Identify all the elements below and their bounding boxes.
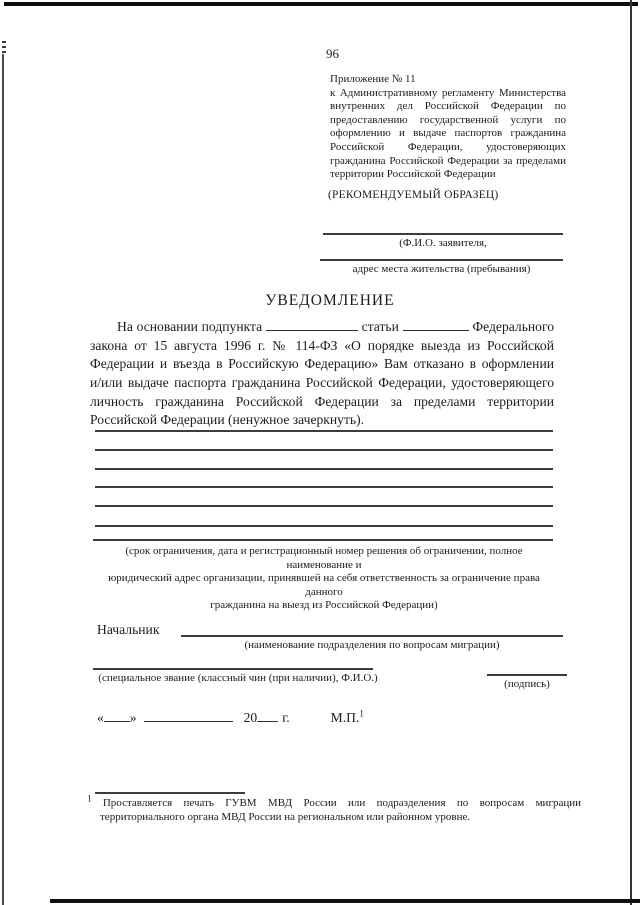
restriction-fill-line [95, 525, 553, 527]
scan-border-bottom [50, 899, 640, 903]
subparagraph-blank [266, 326, 358, 331]
body-line: На основании подпункта статьи Федерально… [90, 318, 554, 337]
rank-fio-caption: (специальное звание (классный чин (при н… [93, 672, 383, 685]
year-suffix: г. [282, 710, 289, 725]
scan-artifact [2, 41, 6, 43]
division-name-line [181, 635, 563, 637]
footnote-rule [95, 792, 245, 794]
body-line: и/или выдаче паспорта гражданина Российс… [90, 374, 554, 393]
appendix-line: гражданина Российской Федерации за преде… [330, 155, 566, 169]
date-day-blank [104, 717, 130, 722]
notification-body: На основании подпункта статьи Федерально… [90, 318, 554, 430]
restriction-note: (срок ограничения, дата и регистрационны… [95, 545, 553, 613]
body-line: закона от 15 августа 1996 г. № 114-ФЗ «О… [90, 337, 554, 356]
body-text: статьи [362, 319, 399, 334]
scan-border-top [4, 2, 638, 6]
open-quote: « [97, 710, 104, 725]
restriction-fill-line [93, 539, 553, 541]
appendix-line: Российской Федерации, удостоверяющих лич… [330, 141, 566, 155]
body-text: На основании подпункта [117, 319, 262, 334]
rank-fio-line [93, 668, 373, 670]
footnote: 1 Проставляется печать ГУВМ МВД России и… [87, 797, 581, 825]
appendix-line: предоставлению государственной услуги по [330, 114, 566, 128]
division-name-caption: (наименование подразделения по вопросам … [181, 639, 563, 652]
date-month-blank [144, 717, 233, 722]
scan-artifact [2, 46, 6, 48]
body-text: Федерального [472, 319, 554, 334]
notification-title: УВЕДОМЛЕНИЕ [95, 292, 565, 310]
scanned-document-page: 96 Приложение № 11 к Административному р… [0, 0, 640, 905]
applicant-address-caption: адрес места жительства (пребывания) [320, 263, 563, 276]
signature-line [487, 674, 567, 676]
applicant-name-caption: (Ф.И.О. заявителя, [323, 237, 563, 250]
footnote-ref: 1 [87, 793, 92, 803]
appendix-reference-block: Приложение № 11 к Административному регл… [330, 73, 566, 182]
body-line: личность гражданина Российской Федерации… [90, 393, 554, 412]
close-quote: » [130, 710, 137, 725]
signature-caption: (подпись) [477, 678, 577, 691]
footnote-body: Проставляется печать ГУВМ МВД России или… [100, 797, 581, 823]
restriction-fill-line [95, 449, 553, 451]
seal-mark: М.П.1 [331, 710, 364, 725]
article-blank [403, 326, 469, 331]
appendix-line: оформлению и выдаче паспортов гражданина [330, 127, 566, 141]
restriction-fill-line [95, 468, 553, 470]
appendix-line: территории Российской Федерации [330, 168, 566, 182]
applicant-address-line [320, 259, 563, 261]
scan-border-right [630, 0, 632, 905]
scan-border-left [2, 54, 4, 905]
year-prefix: 20 [244, 710, 258, 725]
body-line: Федерации и въезда в Российскую Федераци… [90, 355, 554, 374]
restriction-note-line: (срок ограничения, дата и регистрационны… [95, 545, 553, 572]
restriction-note-line: юридический адрес организации, принявшей… [95, 572, 553, 599]
chief-label: Начальник [97, 622, 159, 638]
seal-footnote-ref: 1 [359, 708, 364, 718]
appendix-line: внутренних дел Российской Федерации по [330, 100, 566, 114]
recommended-sample-label: (РЕКОМЕНДУЕМЫЙ ОБРАЗЕЦ) [328, 189, 498, 201]
scan-artifact [2, 51, 6, 53]
date-year-blank [257, 717, 278, 722]
date-seal-line: «»20г.М.П.1 [97, 710, 364, 726]
restriction-note-line: гражданина на выезд из Российской Федера… [95, 599, 553, 613]
restriction-fill-line [95, 430, 553, 432]
restriction-fill-line [95, 505, 553, 507]
applicant-name-line [323, 233, 563, 235]
appendix-line: к Административному регламенту Министерс… [330, 87, 566, 101]
page-number: 96 [326, 46, 339, 62]
restriction-fill-line [95, 486, 553, 488]
appendix-line: Приложение № 11 [330, 73, 566, 87]
body-line: Российской Федерации (ненужное зачеркнут… [90, 411, 554, 430]
